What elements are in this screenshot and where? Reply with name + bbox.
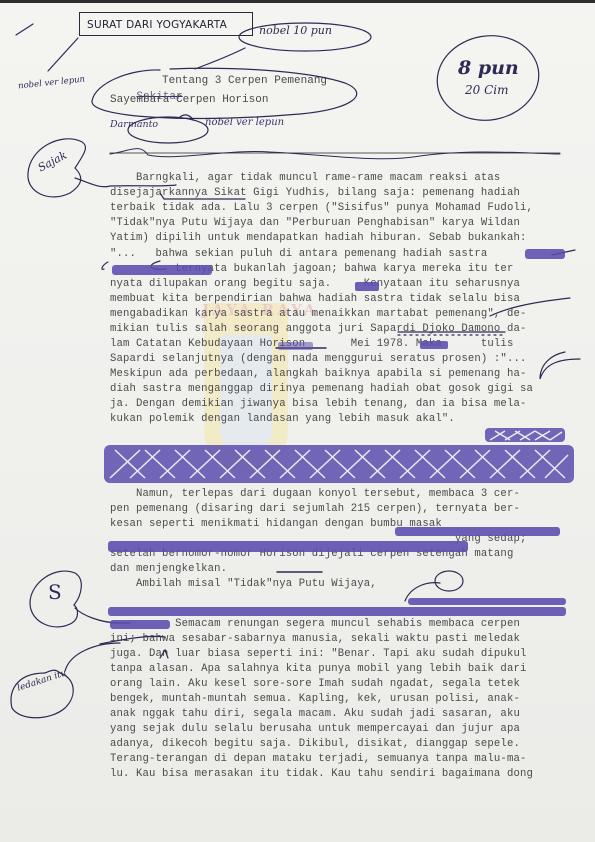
body-line: dan menjengkelkan. [110,562,227,577]
body-line: terbaik tidak ada. Lalu 3 cerpen ("Sisif… [110,201,533,216]
note-circle-line1: 8 pun [458,57,519,79]
body-line: juga. Dan luar biasa seperti ini: "Benar… [110,647,526,662]
body-line: Ambilah misal "Tidak"nya Putu Wijaya, [110,577,377,592]
body-line: disejajarkannya Sikat Gigi Yudhis, bilan… [110,186,520,201]
body-line: Semacam renungan segera muncul sehabis m… [110,617,520,632]
body-line: Namun, terlepas dari dugaan konyol terse… [110,487,520,502]
sajak-circle [28,139,86,197]
body-line: diah sastra menganggap dirinya pemenang … [110,382,533,397]
body-line: "Tidak"nya Putu Wijaya dan "Perburuan Pe… [110,216,520,231]
body-line: Sapardi selanjutnya (dengan nada menggur… [110,352,526,367]
body-line: Yatim) dipilih untuk mendapatkan hadiah … [110,231,526,246]
body-line: mikian tulis salah seorang anggota juri … [110,322,526,337]
body-line: anak nggak tahu diri, segala macam. Aku … [110,707,520,722]
body-line: nyata dilupakan orang begitu saja. Kenya… [110,277,520,292]
body-line: "... bahwa sekian puluh di antara pemena… [110,247,487,262]
body-line: ini; bahwa sesabar-sabarnya manusia, sek… [110,632,520,647]
body-line: setelah bernomor-nomor Horison dijejali … [110,547,513,562]
body-line: yang sejak dulu selalu berusaha untuk me… [110,722,520,737]
body-line: mengabadikan karya sastra atau menaikkan… [110,307,526,322]
body-line: orang lain. Aku kesel sore-sore Imah sud… [110,677,520,692]
body-line: ternyata bukanlah jagoan; bahwa karya me… [110,262,513,277]
stray-pen-mark [16,24,33,35]
body-line: membuat kita berpendirian bahwa hadiah s… [110,292,520,307]
margin-note-s: S [48,580,62,604]
margin-note-sajak: Sajak [36,149,69,175]
document-page: JAYA RAYA SURAT DARI YOGYAKARTA nobel 10… [0,3,595,842]
body-line: Meskipun ada perbedaan, alangkah baiknya… [110,367,526,382]
note-top: nobel 10 pun [259,24,332,37]
body-line: Terang-terangan di depan mataku terjadi,… [110,752,526,767]
body-line: kukan polemik dengan landasan yang lebih… [110,412,455,427]
body-line: tanpa alasan. Apa salahnya kita punya mo… [110,662,526,677]
body-line: adanya, dikecoh begitu saja. Dikibul, di… [110,737,520,752]
body-line: lu. Kau bisa merasakan itu tidak. Kau ta… [110,767,533,782]
byline-struck: Darmanto [110,119,158,130]
typed-title-line2: Sayembara Cerpen Horison [110,92,268,108]
body-line: yang sedap; [110,532,526,547]
note-circle-line2: 20 Cim [465,83,508,97]
body-line: pen pemenang (disaring dari sejumlah 215… [110,502,520,517]
crosshatch-redaction [104,428,574,483]
typed-title-line1: Tentang 3 Cerpen Pemenang [162,73,327,89]
margin-note-ledakan: ledakan itu [12,666,73,696]
body-line: lam Catatan Kebudayaan Horison Mei 1978.… [110,337,513,352]
connector-line [48,38,78,71]
body-line: ja. Dengan demikian jiwanya bisa lebih t… [110,397,526,412]
body-line: bengek, muntah-muntah semua. Kapling, ke… [110,692,520,707]
note-left: nobel ver lepun [18,75,86,92]
body-line: kesan seperti menikmati hidangan dengan … [110,517,442,532]
body-line: Barngkali, agar tidak muncul rame-rame m… [110,171,500,186]
byline-hand: nobel ver lepun [205,117,284,128]
boxed-title: SURAT DARI YOGYAKARTA [79,12,253,36]
